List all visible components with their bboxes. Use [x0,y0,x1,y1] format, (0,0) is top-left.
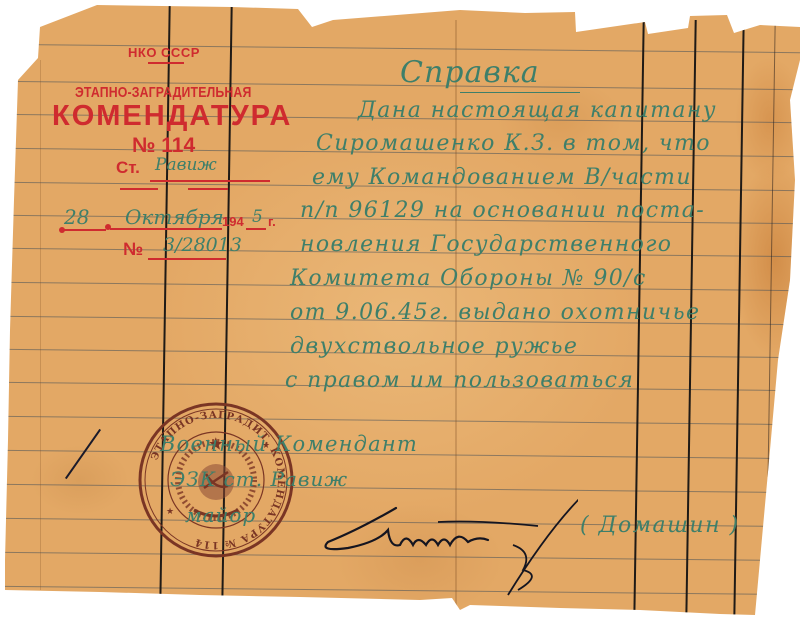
column-line [765,25,775,615]
doc-number-value: 3/28013 [163,234,242,256]
year-prefix: 194 [222,214,244,229]
svg-text:★: ★ [166,507,174,517]
station-value: Равиж [155,155,217,175]
stamp-divider [120,188,158,190]
certificate-line: ему Командованием В/части [312,165,692,190]
year-unit: г. [268,214,276,229]
certificate-title: Справка [400,55,540,90]
certificate-line: Сиромашенко К.З. в том, что [316,131,711,156]
year-underline [246,228,266,230]
certificate-line: от 9.06.45г. выдано охотничье [290,300,700,325]
title-underline [460,92,580,93]
ruled-line [0,416,800,425]
stamp-underline [148,62,184,64]
unit-stamp-text: КОМЕНДАТУРА [52,100,292,133]
certificate-line: п/п 96129 на основании поста- [300,198,705,223]
signatory-title: Военный Комендант [160,432,418,456]
certificate-line: двухствольное ружье [290,334,578,359]
unit-type-stamp-text: ЭТАПНО-ЗАГРАДИТЕЛЬНАЯ [75,84,251,101]
handwritten-signature [318,490,578,600]
date-month: Октября [125,205,224,229]
date-underline [62,229,106,231]
doc-number-label: № [123,239,143,260]
year-suffix: 5 [252,207,263,227]
station-label: Ст. [116,158,140,178]
signatory-name: ( Домашин ) [580,513,740,538]
agency-stamp-text: НКО СССР [128,45,200,60]
certificate-line: Дана настоящая капитану [358,98,717,123]
stamp-divider [188,188,228,190]
signatory-unit: ЭЗК ст. Равиж [170,467,348,491]
paper-fold [40,60,41,590]
certificate-line: Комитета Обороны № 90/с [290,266,647,291]
signatory-rank: майор [185,503,256,527]
date-day: 28 [64,205,89,229]
doc-number-underline [148,258,226,260]
ruled-line [0,44,800,53]
station-underline [150,180,270,182]
certificate-line: с правом им пользоваться [285,368,634,393]
certificate-line: новления Государственного [300,232,672,257]
